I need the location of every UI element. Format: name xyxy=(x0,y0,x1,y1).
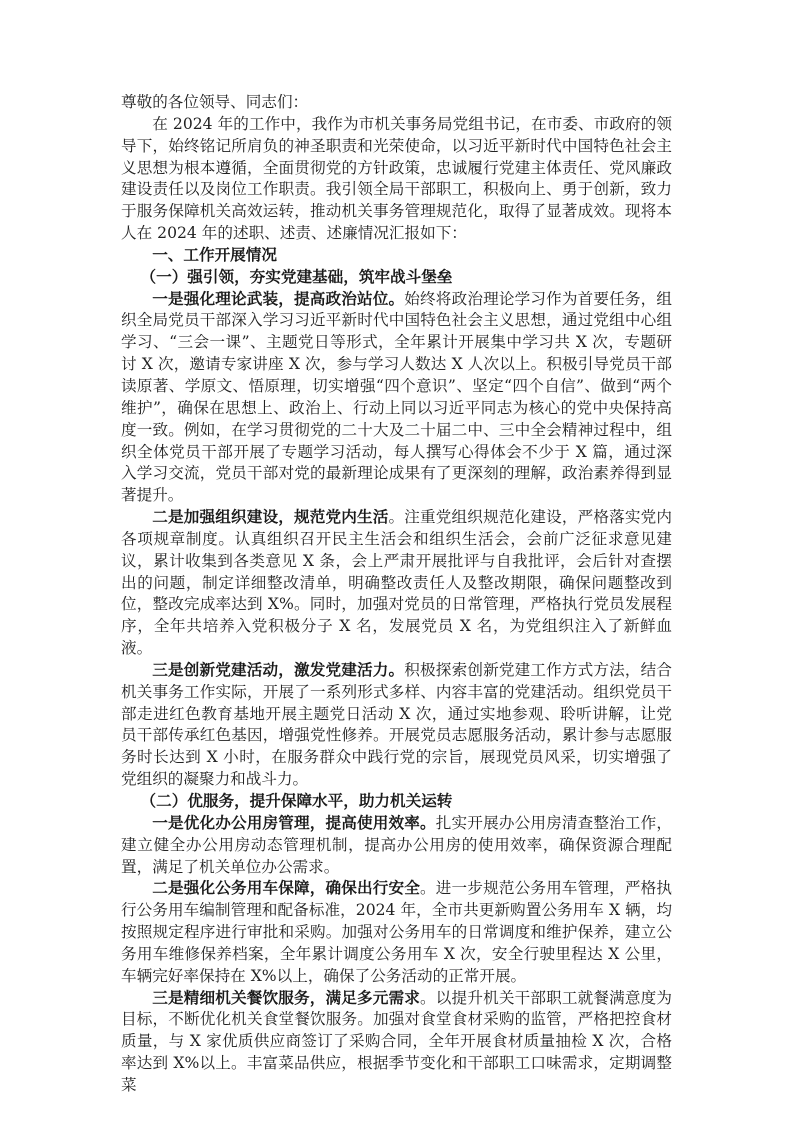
paragraph-lead: 三是精细机关餐饮服务，满足多元需求 xyxy=(152,989,420,1007)
paragraph-lead: 二是强化公务用车保障，确保出行安全 xyxy=(152,879,420,897)
paragraph-body: 积极探索创新党建工作方式方法，结合机关事务工作实际，开展了一系列形式多样、内容丰… xyxy=(121,661,672,788)
paragraph-organization-building: 二是加强组织建设，规范党内生活。注重党组织规范化建设，严格落实党内各项规章制度。… xyxy=(121,507,672,660)
paragraph-body: 。注重党组织规范化建设，严格落实党内各项规章制度。认真组织召开民主生活会和组织生… xyxy=(121,508,672,657)
intro-paragraph: 在 2024 年的工作中，我作为市机关事务局党组书记，在市委、市政府的领导下，始… xyxy=(121,114,672,245)
salutation: 尊敬的各位领导、同志们： xyxy=(121,92,672,114)
document-page: 尊敬的各位领导、同志们： 在 2024 年的工作中，我作为市机关事务局党组书记，… xyxy=(121,92,672,1097)
paragraph-lead: 一是优化办公用房管理，提高使用效率。 xyxy=(152,814,436,832)
paragraph-catering-service: 三是精细机关餐饮服务，满足多元需求。以提升机关干部职工就餐满意度为目标，不断优化… xyxy=(121,988,672,1097)
paragraph-official-vehicles: 二是强化公务用车保障，确保出行安全。进一步规范公务用车管理，严格执行公务用车编制… xyxy=(121,878,672,987)
section-heading-work-overview: 一、工作开展情况 xyxy=(121,245,672,267)
paragraph-lead: 三是创新党建活动，激发党建活力。 xyxy=(152,661,404,679)
subsection-heading-service: （二）优服务，提升保障水平，助力机关运转 xyxy=(121,791,672,813)
paragraph-lead: 一是强化理论武装，提高政治站位。 xyxy=(152,290,404,308)
paragraph-lead: 二是加强组织建设，规范党内生活 xyxy=(152,508,388,526)
paragraph-party-activities: 三是创新党建活动，激发党建活力。积极探索创新党建工作方式方法，结合机关事务工作实… xyxy=(121,660,672,791)
subsection-heading-party-building: （一）强引领，夯实党建基础，筑牢战斗堡垒 xyxy=(121,267,672,289)
paragraph-office-space: 一是优化办公用房管理，提高使用效率。扎实开展办公用房清查整治工作，建立健全办公用… xyxy=(121,813,672,879)
paragraph-body: 始终将政治理论学习作为首要任务，组织全局党员干部深入学习习近平新时代中国特色社会… xyxy=(121,290,672,505)
paragraph-theory-study: 一是强化理论武装，提高政治站位。始终将政治理论学习作为首要任务，组织全局党员干部… xyxy=(121,289,672,507)
